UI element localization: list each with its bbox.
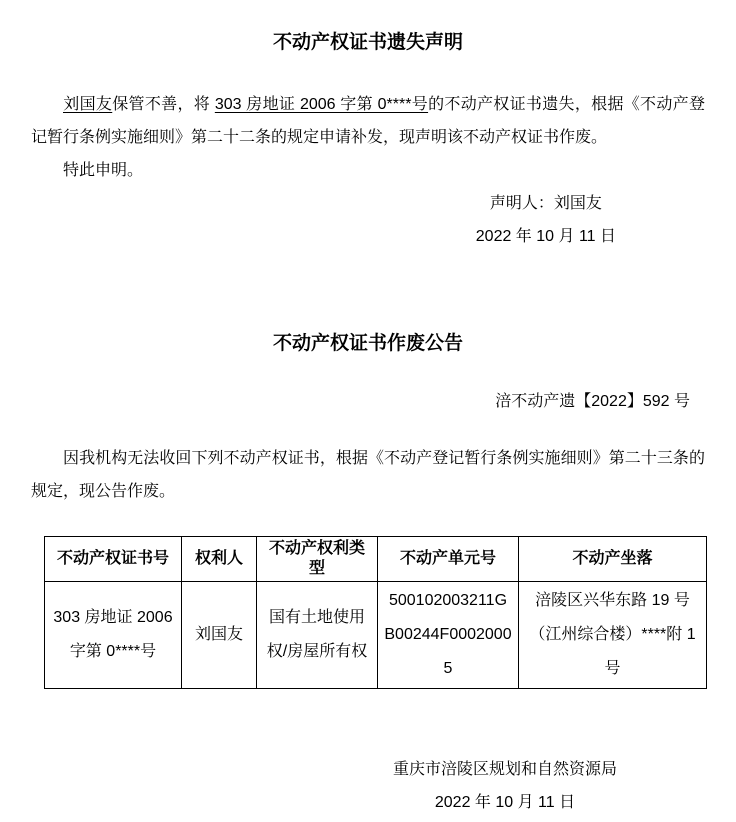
cell-right-type: 国有土地使用权/房屋所有权 [257,582,378,689]
authority-line: 重庆市涪陵区规划和自然资源局 [393,753,617,786]
header-location: 不动产坐落 [519,537,707,582]
announcement-body-text: 因我机构无法收回下列不动产权证书，根据《不动产登记暂行条例实施细则》第二十三条的… [31,450,705,500]
declaration-signature-block: 声明人：刘国友 2022 年 10 月 11 日 [476,187,616,253]
announcement-title: 不动产权证书作废公告 [31,331,705,357]
document-page: 不动产权证书遗失声明 刘国友保管不善，将 303 房地证 2006 字第 0**… [0,0,736,822]
announcement-date-line: 2022 年 10 月 11 日 [393,786,617,819]
signer-line: 声明人：刘国友 [476,187,616,220]
cell-unit-no: 500102003211GB00244F00020005 [378,582,519,689]
closing-text: 特此申明。 [63,162,143,179]
announcement-signature-block: 重庆市涪陵区规划和自然资源局 2022 年 10 月 11 日 [393,753,617,819]
declaration-paragraph: 刘国友保管不善，将 303 房地证 2006 字第 0****号的不动产权证书遗… [31,88,705,154]
header-unit-no: 不动产单元号 [378,537,519,582]
cell-certificate-no: 303 房地证 2006 字第 0****号 [45,582,182,689]
table-header-row: 不动产权证书号 权利人 不动产权利类型 不动产单元号 不动产坐落 [45,537,707,582]
table-row: 303 房地证 2006 字第 0****号 刘国友 国有土地使用权/房屋所有权… [45,582,707,689]
header-certificate-no: 不动产权证书号 [45,537,182,582]
announcement-doc-no: 涪不动产遗【2022】592 号 [31,385,705,418]
cell-location: 涪陵区兴华东路 19 号（江州综合楼）****附 1 号 [519,582,707,689]
declaration-closing: 特此申明。 [31,154,705,187]
header-right-type: 不动产权利类型 [257,537,378,582]
declaration-title: 不动产权证书遗失声明 [31,30,705,56]
announcement-paragraph: 因我机构无法收回下列不动产权证书，根据《不动产登记暂行条例实施细则》第二十三条的… [31,442,705,508]
certificate-table: 不动产权证书号 权利人 不动产权利类型 不动产单元号 不动产坐落 303 房地证… [44,536,707,689]
certificate-no-underlined: 303 房地证 2006 字第 0****号 [215,96,428,113]
cell-holder: 刘国友 [182,582,257,689]
owner-name-underlined: 刘国友 [63,96,112,113]
declaration-date-line: 2022 年 10 月 11 日 [476,220,616,253]
header-holder: 权利人 [182,537,257,582]
declaration-text-segment: 保管不善，将 [112,96,215,113]
